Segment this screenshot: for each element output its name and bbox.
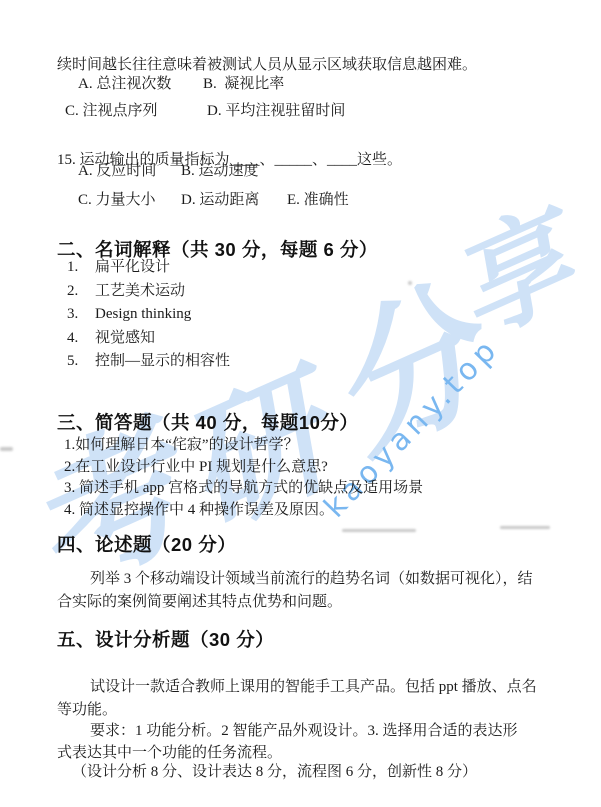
section-3-heading: 三、简答题（共 40 分，每题10分） <box>57 409 358 435</box>
item-number: 3. <box>67 304 95 324</box>
section-3-item: 4. 简述显控操作中 4 种操作误差及原因。 <box>64 500 334 520</box>
q15-option-a: A. 反应时间 <box>78 161 181 181</box>
q15-option-e: E. 准确性 <box>287 190 349 210</box>
section-4-heading: 四、论述题（20 分） <box>57 531 236 557</box>
section-5-paragraph-line: 要求：1 功能分析。2 智能产品外观设计。3. 选择用合适的表达形 <box>90 721 518 741</box>
item-text: 视觉感知 <box>95 330 155 346</box>
section-2-item: 3.Design thinking <box>67 304 191 324</box>
section-5-paragraph-line: 试设计一款适合教师上课用的智能手工具产品。包括 ppt 播放、点名 <box>90 677 537 697</box>
exam-paper-page: 考 研 分 享 kaoyany.top 续时间越长往往意味着被测试人员从显示区域… <box>0 0 601 807</box>
section-3-item: 3. 简述手机 app 宫格式的导航方式的优缺点及适用场景 <box>64 478 423 498</box>
section-2-item: 5.控制—显示的相容性 <box>67 351 230 371</box>
item-number: 2. <box>67 281 95 301</box>
q14-option-d: D. 平均注视驻留时间 <box>207 101 345 121</box>
q15-options-row-2: C. 力量大小D. 运动距离E. 准确性 <box>78 190 349 210</box>
section-5-paragraph-line: 等功能。 <box>57 700 117 720</box>
section-2-item: 1.扁平化设计 <box>67 257 170 277</box>
q14-options-row-2: C. 注视点序列D. 平均注视驻留时间 <box>65 101 345 121</box>
section-5-scoring-line: （设计分析 8 分、设计表达 8 分，流程图 6 分，创新性 8 分） <box>72 762 477 782</box>
item-text: 控制—显示的相容性 <box>95 353 230 369</box>
item-text: 扁平化设计 <box>95 259 170 275</box>
q14-option-c: C. 注视点序列 <box>65 101 207 121</box>
item-number: 1. <box>67 257 95 277</box>
section-4-paragraph-line: 列举 3 个移动端设计领域当前流行的趋势名词（如数据可视化），结 <box>90 569 533 589</box>
q15-option-d: D. 运动距离 <box>181 190 287 210</box>
q15-options-row-1: A. 反应时间B. 运动速度 <box>78 161 259 181</box>
item-text: 工艺美术运动 <box>95 283 185 299</box>
section-3-item: 2.在工业设计行业中 PI 规划是什么意思? <box>64 457 328 477</box>
section-4-paragraph-line: 合实际的案例简要阐述其特点优势和问题。 <box>57 592 342 612</box>
section-5-paragraph-line: 式表达其中一个功能的任务流程。 <box>57 743 282 763</box>
exam-content: 续时间越长往往意味着被测试人员从显示区域获取信息越困难。 A. 总注视次数B. … <box>0 0 601 807</box>
section-5-heading: 五、设计分析题（30 分） <box>57 626 274 652</box>
q14-options-row-1: A. 总注视次数B. 凝视比率 <box>78 74 284 94</box>
q15-option-c: C. 力量大小 <box>78 190 181 210</box>
q14-option-a: A. 总注视次数 <box>78 74 203 94</box>
q14-stem-continuation: 续时间越长往往意味着被测试人员从显示区域获取信息越困难。 <box>57 55 477 75</box>
section-2-item: 2.工艺美术运动 <box>67 281 185 301</box>
item-text: Design thinking <box>95 306 191 322</box>
section-2-item: 4.视觉感知 <box>67 328 155 348</box>
q14-option-b: B. 凝视比率 <box>203 74 284 94</box>
item-number: 5. <box>67 351 95 371</box>
q15-option-b: B. 运动速度 <box>181 161 259 181</box>
section-3-item: 1.如何理解日本“侘寂”的设计哲学？ <box>64 435 299 455</box>
item-number: 4. <box>67 328 95 348</box>
